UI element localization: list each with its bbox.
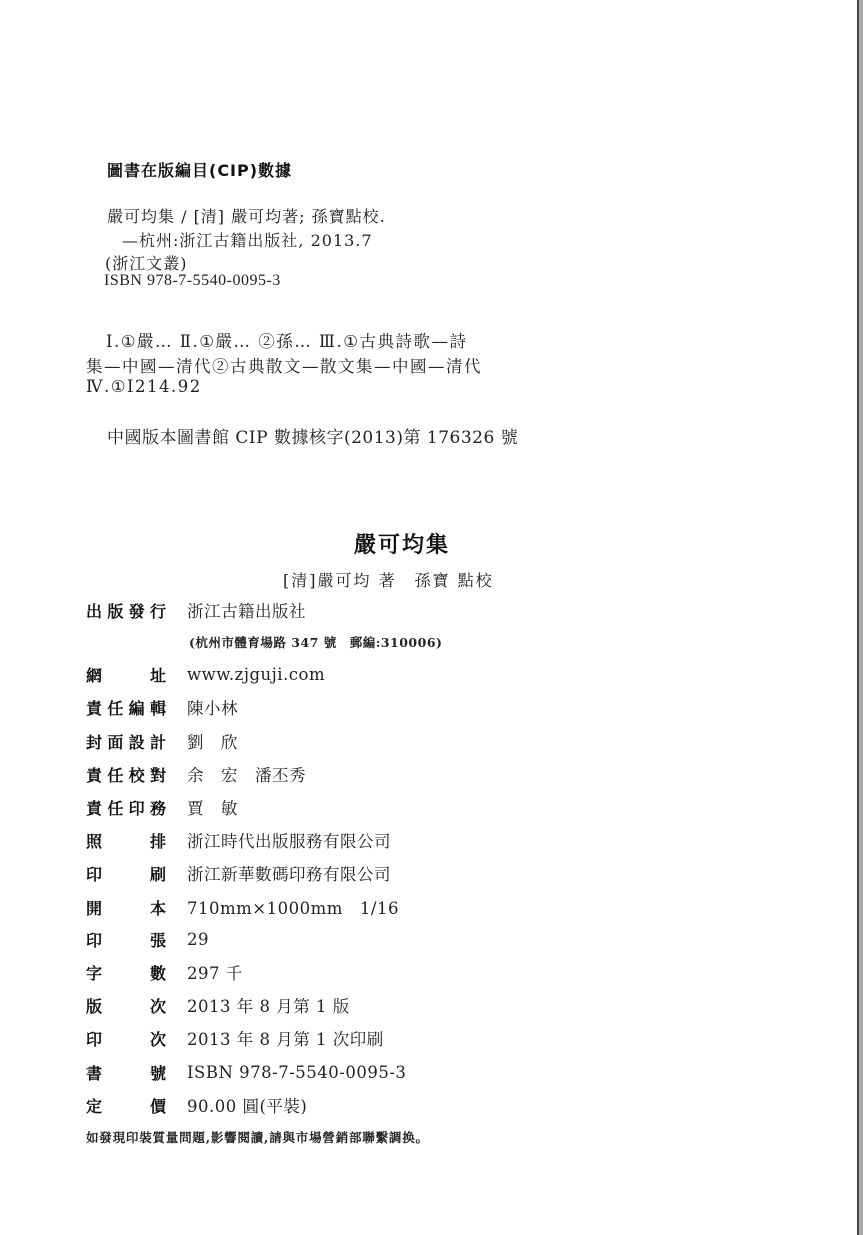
imprint-row-website: 網址 www.zjguji.com: [86, 662, 325, 686]
imprint-label: 開本: [86, 896, 166, 919]
cip-record-number: 中國版本圖書館 CIP 數據核字(2013)第 176326 號: [107, 423, 518, 448]
imprint-row-price: 定價 90.00 圓(平裝): [86, 1093, 307, 1117]
imprint-value: 余 宏 潘丕秀: [187, 762, 306, 786]
imprint-label: 定價: [86, 1094, 166, 1117]
imprint-value: 297 千: [187, 960, 243, 984]
imprint-value: ISBN 978-7-5540-0095-3: [187, 1063, 406, 1082]
copyright-page: 圖書在版編目(CIP)數據 嚴可均集 / [清] 嚴可均著; 孫寶點校. —杭州…: [0, 0, 857, 1235]
imprint-row-printing: 印刷 浙江新華數碼印務有限公司: [86, 861, 391, 885]
imprint-label: 封面設計: [86, 730, 166, 753]
imprint-value: 90.00 圓(平裝): [187, 1093, 307, 1117]
imprint-label: 印次: [86, 1027, 166, 1050]
imprint-row-proofreading: 責任校對 余 宏 潘丕秀: [86, 762, 306, 786]
imprint-row-publisher: 出版發行 浙江古籍出版社: [86, 598, 306, 622]
imprint-value: 陳小林: [187, 695, 238, 719]
imprint-label: 字數: [86, 961, 166, 984]
cip-classification-line: Ⅳ.①I214.92: [86, 377, 202, 396]
imprint-label: 印張: [86, 928, 166, 951]
imprint-label: 印刷: [86, 862, 166, 885]
imprint-row-cover-design: 封面設計 劉 欣: [86, 729, 238, 753]
imprint-value: 710mm×1000mm 1/16: [187, 895, 399, 919]
imprint-row-isbn: 書號 ISBN 978-7-5540-0095-3: [86, 1060, 406, 1084]
imprint-label: 責任印務: [86, 796, 166, 819]
imprint-value: 浙江新華數碼印務有限公司: [187, 861, 391, 885]
imprint-label: 網址: [86, 663, 166, 686]
imprint-value: 2013 年 8 月第 1 次印刷: [187, 1026, 384, 1050]
imprint-row-editor: 責任編輯 陳小林: [86, 695, 238, 719]
cip-heading: 圖書在版編目(CIP)數據: [107, 158, 292, 181]
cip-title-line: 嚴可均集 / [清] 嚴可均著; 孫寶點校.: [107, 204, 386, 227]
cip-classification-line: Ⅰ.①嚴… Ⅱ.①嚴… ②孫… Ⅲ.①古典詩歌—詩: [106, 328, 468, 352]
imprint-row-word-count: 字數 297 千: [86, 960, 243, 984]
imprint-value: 劉 欣: [187, 729, 238, 753]
imprint-label: 出版發行: [86, 599, 166, 622]
cip-isbn-line: ISBN 978-7-5540-0095-3: [104, 272, 281, 290]
imprint-row-edition: 版次 2013 年 8 月第 1 版: [86, 993, 350, 1017]
imprint-value: 浙江古籍出版社: [187, 598, 306, 622]
website-link: www.zjguji.com: [187, 665, 325, 684]
book-authors: [清]嚴可均 著 孫寶 點校: [283, 568, 494, 591]
imprint-label: 版次: [86, 994, 166, 1017]
imprint-label: 照排: [86, 829, 166, 852]
imprint-label: 書號: [86, 1061, 166, 1084]
imprint-row-format: 開本 710mm×1000mm 1/16: [86, 895, 399, 919]
imprint-row-impression: 印次 2013 年 8 月第 1 次印刷: [86, 1026, 384, 1050]
imprint-row-sheets: 印張 29: [86, 927, 209, 951]
imprint-value: 2013 年 8 月第 1 版: [187, 993, 350, 1017]
imprint-value: 浙江時代出版服務有限公司: [187, 828, 391, 852]
publisher-address: (杭州市體育場路 347 號 郵編:310006): [189, 633, 442, 651]
book-title: 嚴可均集: [354, 528, 450, 559]
imprint-value: 29: [187, 930, 209, 949]
imprint-label: 責任編輯: [86, 696, 166, 719]
cip-series-line: (浙江文叢): [105, 251, 188, 274]
viewer-scrollbar[interactable]: [859, 0, 863, 1235]
quality-notice: 如發現印裝質量問題,影響閱讀,請與市場營銷部聯繫調换。: [86, 1128, 429, 1146]
cip-classification-line: 集—中國—清代②古典散文—散文集—中國—清代: [86, 353, 482, 377]
imprint-value: 賈 敏: [187, 795, 238, 819]
imprint-row-typesetting: 照排 浙江時代出版服務有限公司: [86, 828, 391, 852]
imprint-row-print-manager: 責任印務 賈 敏: [86, 795, 238, 819]
cip-publication-line: —杭州:浙江古籍出版社, 2013.7: [122, 228, 373, 251]
imprint-label: 責任校對: [86, 763, 166, 786]
